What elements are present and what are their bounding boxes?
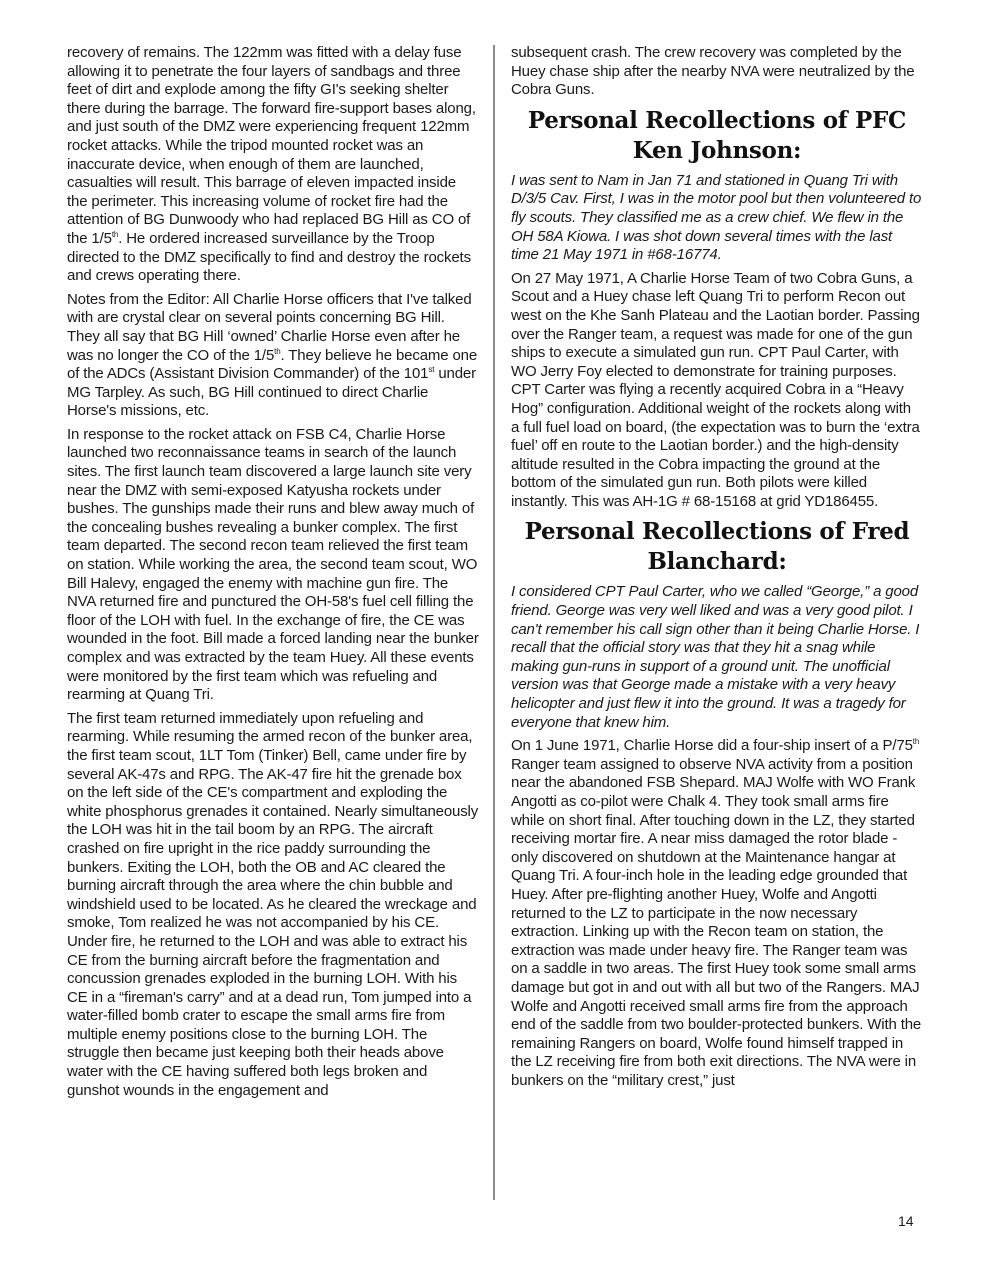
right-column: subsequent crash. The crew recovery was … [511, 44, 923, 1096]
paragraph-recon-teams: In response to the rocket attack on FSB … [67, 426, 479, 705]
paragraph-cobra-crash: On 27 May 1971, A Charlie Horse Team of … [511, 270, 923, 512]
page-number: 14 [898, 1213, 914, 1229]
text-segment: Ranger team assigned to observe NVA acti… [511, 756, 921, 1089]
column-divider [493, 45, 495, 1200]
left-column: recovery of remains. The 122mm was fitte… [67, 44, 479, 1105]
text-segment: . He ordered increased surveillance by t… [67, 230, 471, 284]
paragraph-rocket-attack: recovery of remains. The 122mm was fitte… [67, 44, 479, 286]
paragraph-crew-recovery: subsequent crash. The crew recovery was … [511, 44, 923, 100]
superscript: th [913, 737, 919, 746]
paragraph-ranger-insert: On 1 June 1971, Charlie Horse did a four… [511, 737, 923, 1090]
paragraph-editor-notes: Notes from the Editor: All Charlie Horse… [67, 291, 479, 421]
text-segment: recovery of remains. The 122mm was fitte… [67, 44, 476, 247]
text-segment: On 1 June 1971, Charlie Horse did a four… [511, 737, 913, 754]
quote-ken-johnson: I was sent to Nam in Jan 71 and statione… [511, 172, 923, 265]
section-heading-fred-blanchard: Personal Recollections of Fred Blanchard… [511, 517, 923, 577]
quote-fred-blanchard: I considered CPT Paul Carter, who we cal… [511, 583, 923, 732]
paragraph-first-team-return: The first team returned immediately upon… [67, 710, 479, 1100]
section-heading-ken-johnson: Personal Recollections of PFC Ken Johnso… [511, 106, 923, 166]
